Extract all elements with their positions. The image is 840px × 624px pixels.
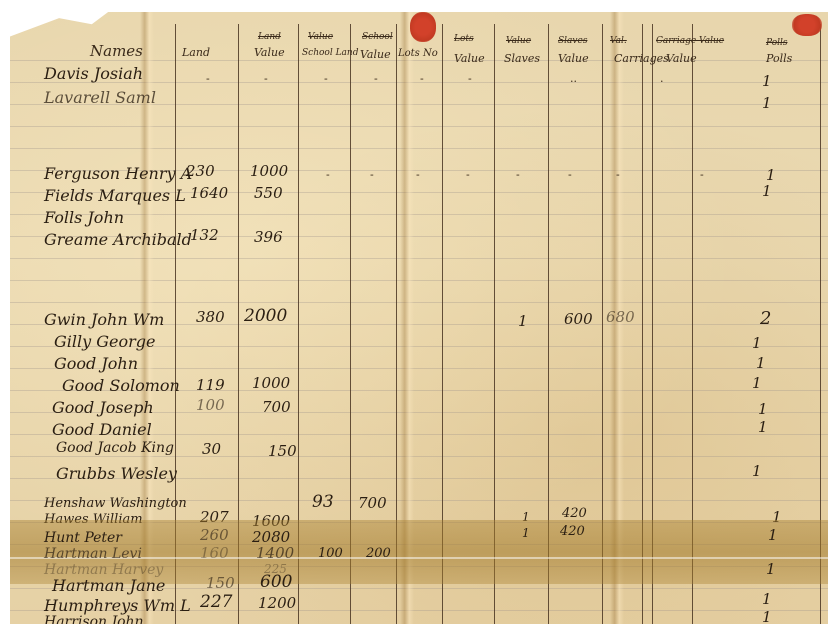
cell-lots-value: - [468,72,472,85]
wax-seal [410,12,436,42]
cell-carriages-value: . [660,72,664,85]
cell-slaves-value: 420 [560,524,585,539]
header-names: Names [90,42,143,60]
wax-seal [792,14,822,36]
cell-polls: 1 [752,374,762,392]
header-slaves-struck: Value [506,36,531,46]
row-name: Good Joseph [52,398,154,417]
header-slaves-value: Value [558,52,589,65]
cell-school: - [324,72,328,85]
header-school-value-struck: School [362,32,393,42]
header-value-struck: Land [258,32,281,42]
row-name: Gilly George [54,332,156,351]
cell-value: 1400 [256,544,294,562]
header-slaves-value-struck: Slaves [558,36,587,46]
header-carriages: Carriages [614,52,669,65]
cell-carriages-value: - [700,168,704,181]
cell-polls: 1 [762,182,772,200]
header-land: Land [182,46,210,59]
cell-polls: 1 [768,526,778,544]
row-name: Ferguson Henry A [44,164,192,183]
row-name: Good John [54,354,138,373]
row-name: Lavarell Saml [44,88,156,107]
cell-land: 227 [200,592,232,612]
header-carriages-value: Value [666,52,697,65]
row-name: Hartman Jane [52,576,165,595]
header-slaves: Slaves [504,52,540,65]
cell-land: 160 [200,544,229,562]
cell-school: 93 [312,492,334,512]
cell-carriages: - [616,168,620,181]
cell-slaves-value: - [568,168,572,181]
cell-slaves-value: 600 [564,310,593,328]
cell-school: 100 [318,546,343,561]
row-name: Hartman Levi [44,546,142,562]
cell-carriages: 680 [606,308,635,326]
header-polls-struck: Polls [766,38,788,48]
cell-school-value: - [370,168,374,181]
cell-value: 700 [262,398,291,416]
cell-value: 550 [254,184,283,202]
cell-land: 132 [190,226,219,244]
header-school-struck: Value [308,32,333,42]
cell-land: 30 [202,440,221,458]
row-name: Good Solomon [62,376,180,395]
cell-polls: 1 [762,72,772,90]
cell-school-value: 200 [366,546,391,561]
header-school-value: Value [360,48,391,61]
header-value: Value [254,46,285,59]
header-lots-value-struck: Lots [454,34,474,44]
header-lots-no: Lots No [398,48,438,59]
cell-value: 396 [254,228,283,246]
cell-land: 230 [186,162,215,180]
cell-value: 1000 [252,374,290,392]
cell-lots-value: - [466,168,470,181]
header-lots-value: Value [454,52,485,65]
row-name: Good Jacob King [56,440,174,456]
cell-value: 600 [260,572,292,592]
header-carriages-value-struck: Carriage Value [656,36,724,46]
row-name: Henshaw Washington [44,496,187,511]
cell-slaves: - [516,168,520,181]
cell-value: 150 [268,442,297,460]
cell-polls: 1 [752,462,762,480]
cell-land: 1640 [190,184,228,202]
cell-land: 380 [196,308,225,326]
cell-slaves-value: .. [570,72,577,85]
cell-polls: 1 [752,334,762,352]
row-name: Folls John [44,208,124,227]
cell-land: 100 [196,396,225,414]
header-carriages-struck: Val. [610,36,627,46]
cell-land: 119 [196,376,225,394]
cell-polls: 1 [766,560,776,578]
cell-land: 260 [200,526,229,544]
cell-value: 1200 [258,594,296,612]
cell-value: 2000 [244,306,287,326]
cell-polls: 1 [762,94,772,112]
cell-lots: - [416,168,420,181]
cell-school-value: - [374,72,378,85]
row-name: Davis Josiah [44,64,143,83]
row-name: Humphreys Wm L [44,596,191,615]
cell-polls: 1 [758,418,768,436]
row-name: Fields Marques L [44,186,186,205]
cell-polls: 1 [758,400,768,418]
cell-land: 150 [206,574,235,592]
cell-school: - [326,168,330,181]
row-name: Grubbs Wesley [56,464,177,483]
header-polls: Polls [766,52,792,65]
cell-slaves: 1 [518,312,528,330]
cell-polls: 2 [760,308,771,329]
row-name: Greame Archibald [44,230,192,249]
cell-slaves-value: 420 [562,506,587,521]
cell-value: - [264,72,268,85]
row-name: Harrison John [44,614,144,624]
cell-slaves: 1 [522,526,530,540]
cell-land: - [206,72,210,85]
cell-lots: - [420,72,424,85]
row-name: Hunt Peter [44,530,122,546]
row-name: Good Daniel [52,420,152,439]
cell-school-value: 700 [358,494,387,512]
cell-value: 1000 [250,162,288,180]
header-school: School Land [302,48,358,58]
cell-polls: 1 [762,590,772,608]
cell-polls: 1 [762,608,772,624]
ledger-page: Names Land Land Value Value School Land … [10,12,828,624]
row-name: Gwin John Wm [44,310,164,329]
cell-polls: 1 [756,354,766,372]
